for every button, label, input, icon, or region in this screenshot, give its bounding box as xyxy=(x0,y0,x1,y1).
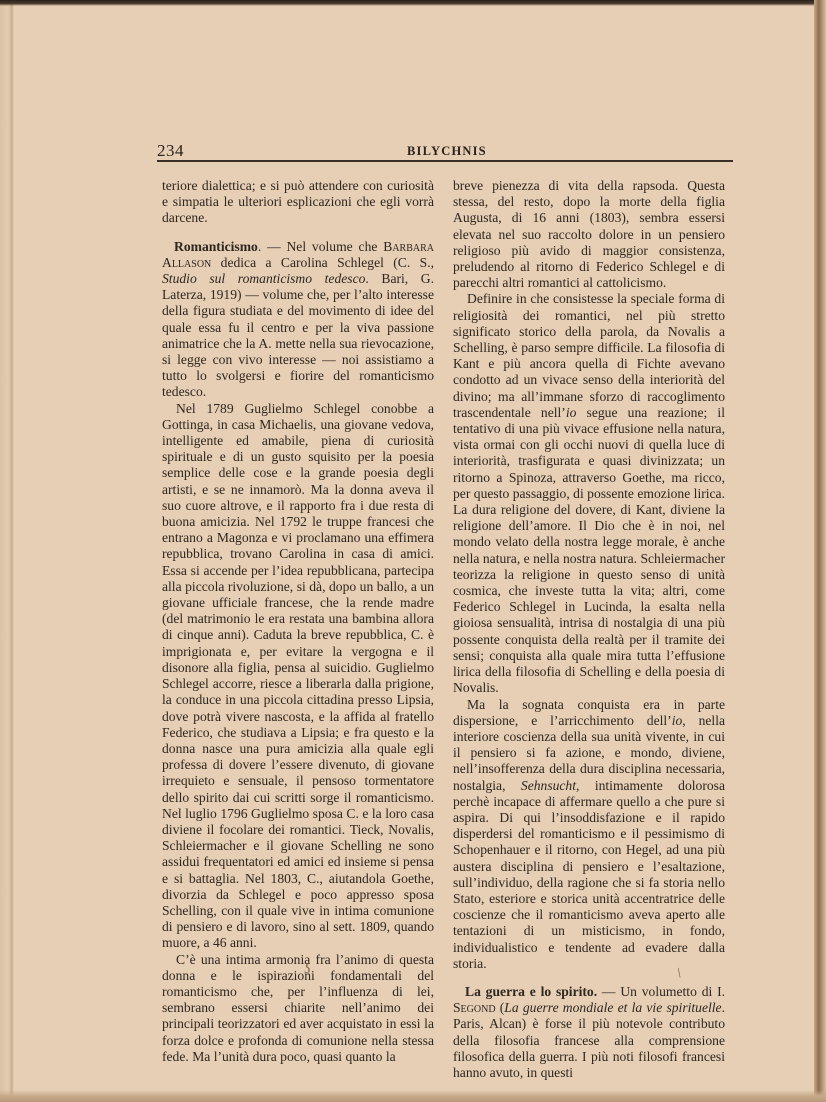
page-top-edge xyxy=(0,0,826,6)
text-run: ( xyxy=(496,1000,505,1015)
text-run: , intimamente dolorosa perchè incapace d… xyxy=(453,778,725,971)
header-rule xyxy=(157,160,733,162)
paragraph-romanticismo: Romanticismo. — Nel volume che Barbara A… xyxy=(162,239,434,401)
paragraph-armonia: C’è una intima armonia fra l’animo di qu… xyxy=(162,952,434,1065)
text-run: dedica a Carolina Schlegel (C. S., xyxy=(211,255,434,270)
author-name: Segond xyxy=(453,1000,496,1015)
page-bottom-edge xyxy=(0,1090,826,1102)
italic-term: io xyxy=(672,713,683,728)
paragraph-continuation: teriore dialettica; e si può attendere c… xyxy=(162,178,434,227)
paragraph-sognata-conquista: Ma la sognata conquista era in parte dis… xyxy=(453,697,725,972)
italic-term: io xyxy=(566,405,577,420)
italic-term-sehnsucht: Sehnsucht xyxy=(521,778,576,793)
text-run: — Un volumetto di I. xyxy=(597,984,725,999)
paragraph-continuation: breve pienezza di vita della rapsoda. Qu… xyxy=(453,178,725,291)
paragraph-guerra-spirito: La guerra e lo spirito. — Un volumetto d… xyxy=(453,984,725,1081)
paragraph-biography: Nel 1789 Guglielmo Schlegel conobbe a Go… xyxy=(162,401,434,952)
left-column: teriore dialettica; e si può attendere c… xyxy=(162,178,434,1065)
section-heading-romanticismo: Romanticismo xyxy=(174,239,258,254)
text-run: segue una reazione; il tentativo di una … xyxy=(453,405,725,695)
paper-mark: ʖ xyxy=(304,962,310,978)
book-title: La guerre mondiale et la vie spirituelle xyxy=(504,1000,721,1015)
text-run: . Bari, G. Laterza, 1919) — volume che, … xyxy=(162,271,434,399)
book-title: Studio sul romanticismo tedesco xyxy=(162,271,365,286)
running-title: BILYCHNIS xyxy=(407,144,487,159)
text-run: . — Nel volume che xyxy=(258,239,383,254)
page-right-edge xyxy=(814,0,826,1102)
scanned-page: 234 BILYCHNIS teriore dialettica; e si p… xyxy=(0,0,826,1102)
text-run: Definire in che consistesse la speciale … xyxy=(453,291,725,419)
page-left-edge xyxy=(0,0,14,1102)
paragraph-religiosita: Definire in che consistesse la speciale … xyxy=(453,291,725,696)
page-number: 234 xyxy=(157,141,184,161)
section-heading-guerra: La guerra e lo spirito. xyxy=(465,984,597,999)
right-column: breve pienezza di vita della rapsoda. Qu… xyxy=(453,178,725,1081)
